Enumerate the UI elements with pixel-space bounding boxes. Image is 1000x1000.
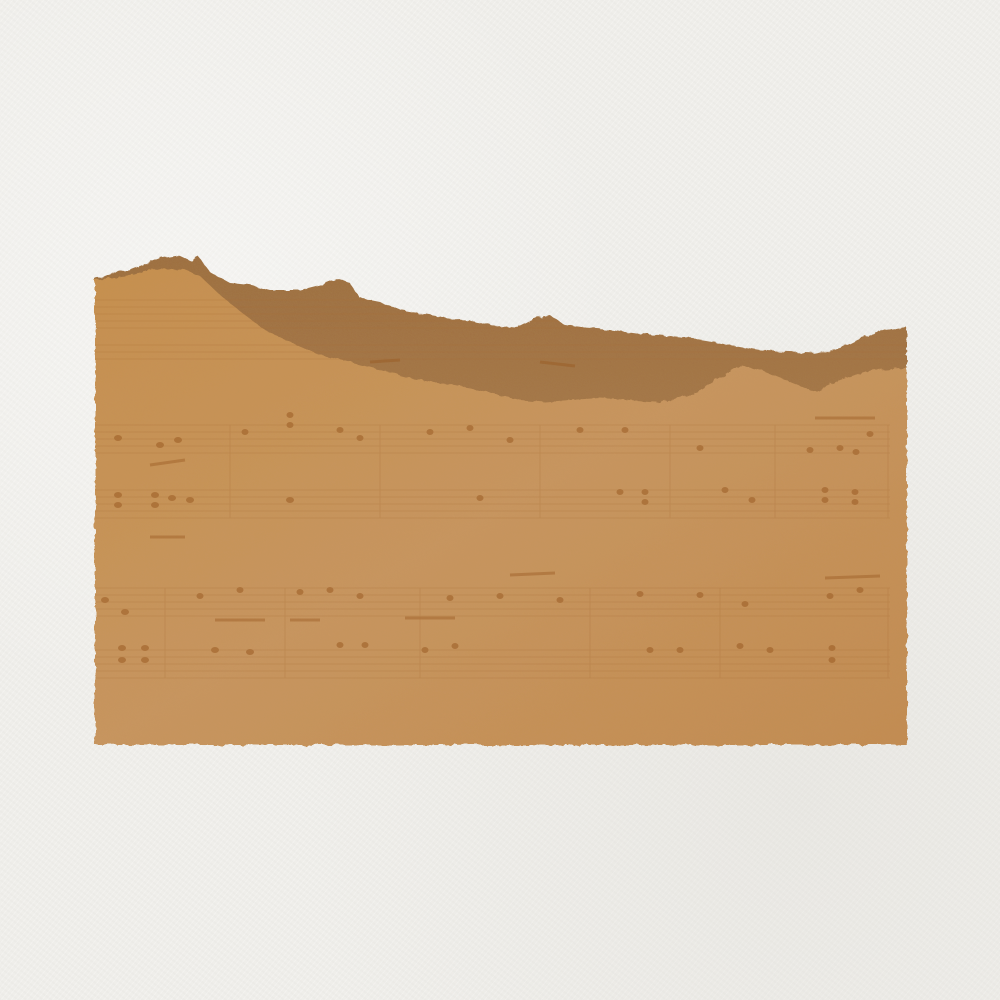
torn-sheet-music-paper	[0, 0, 1000, 1000]
